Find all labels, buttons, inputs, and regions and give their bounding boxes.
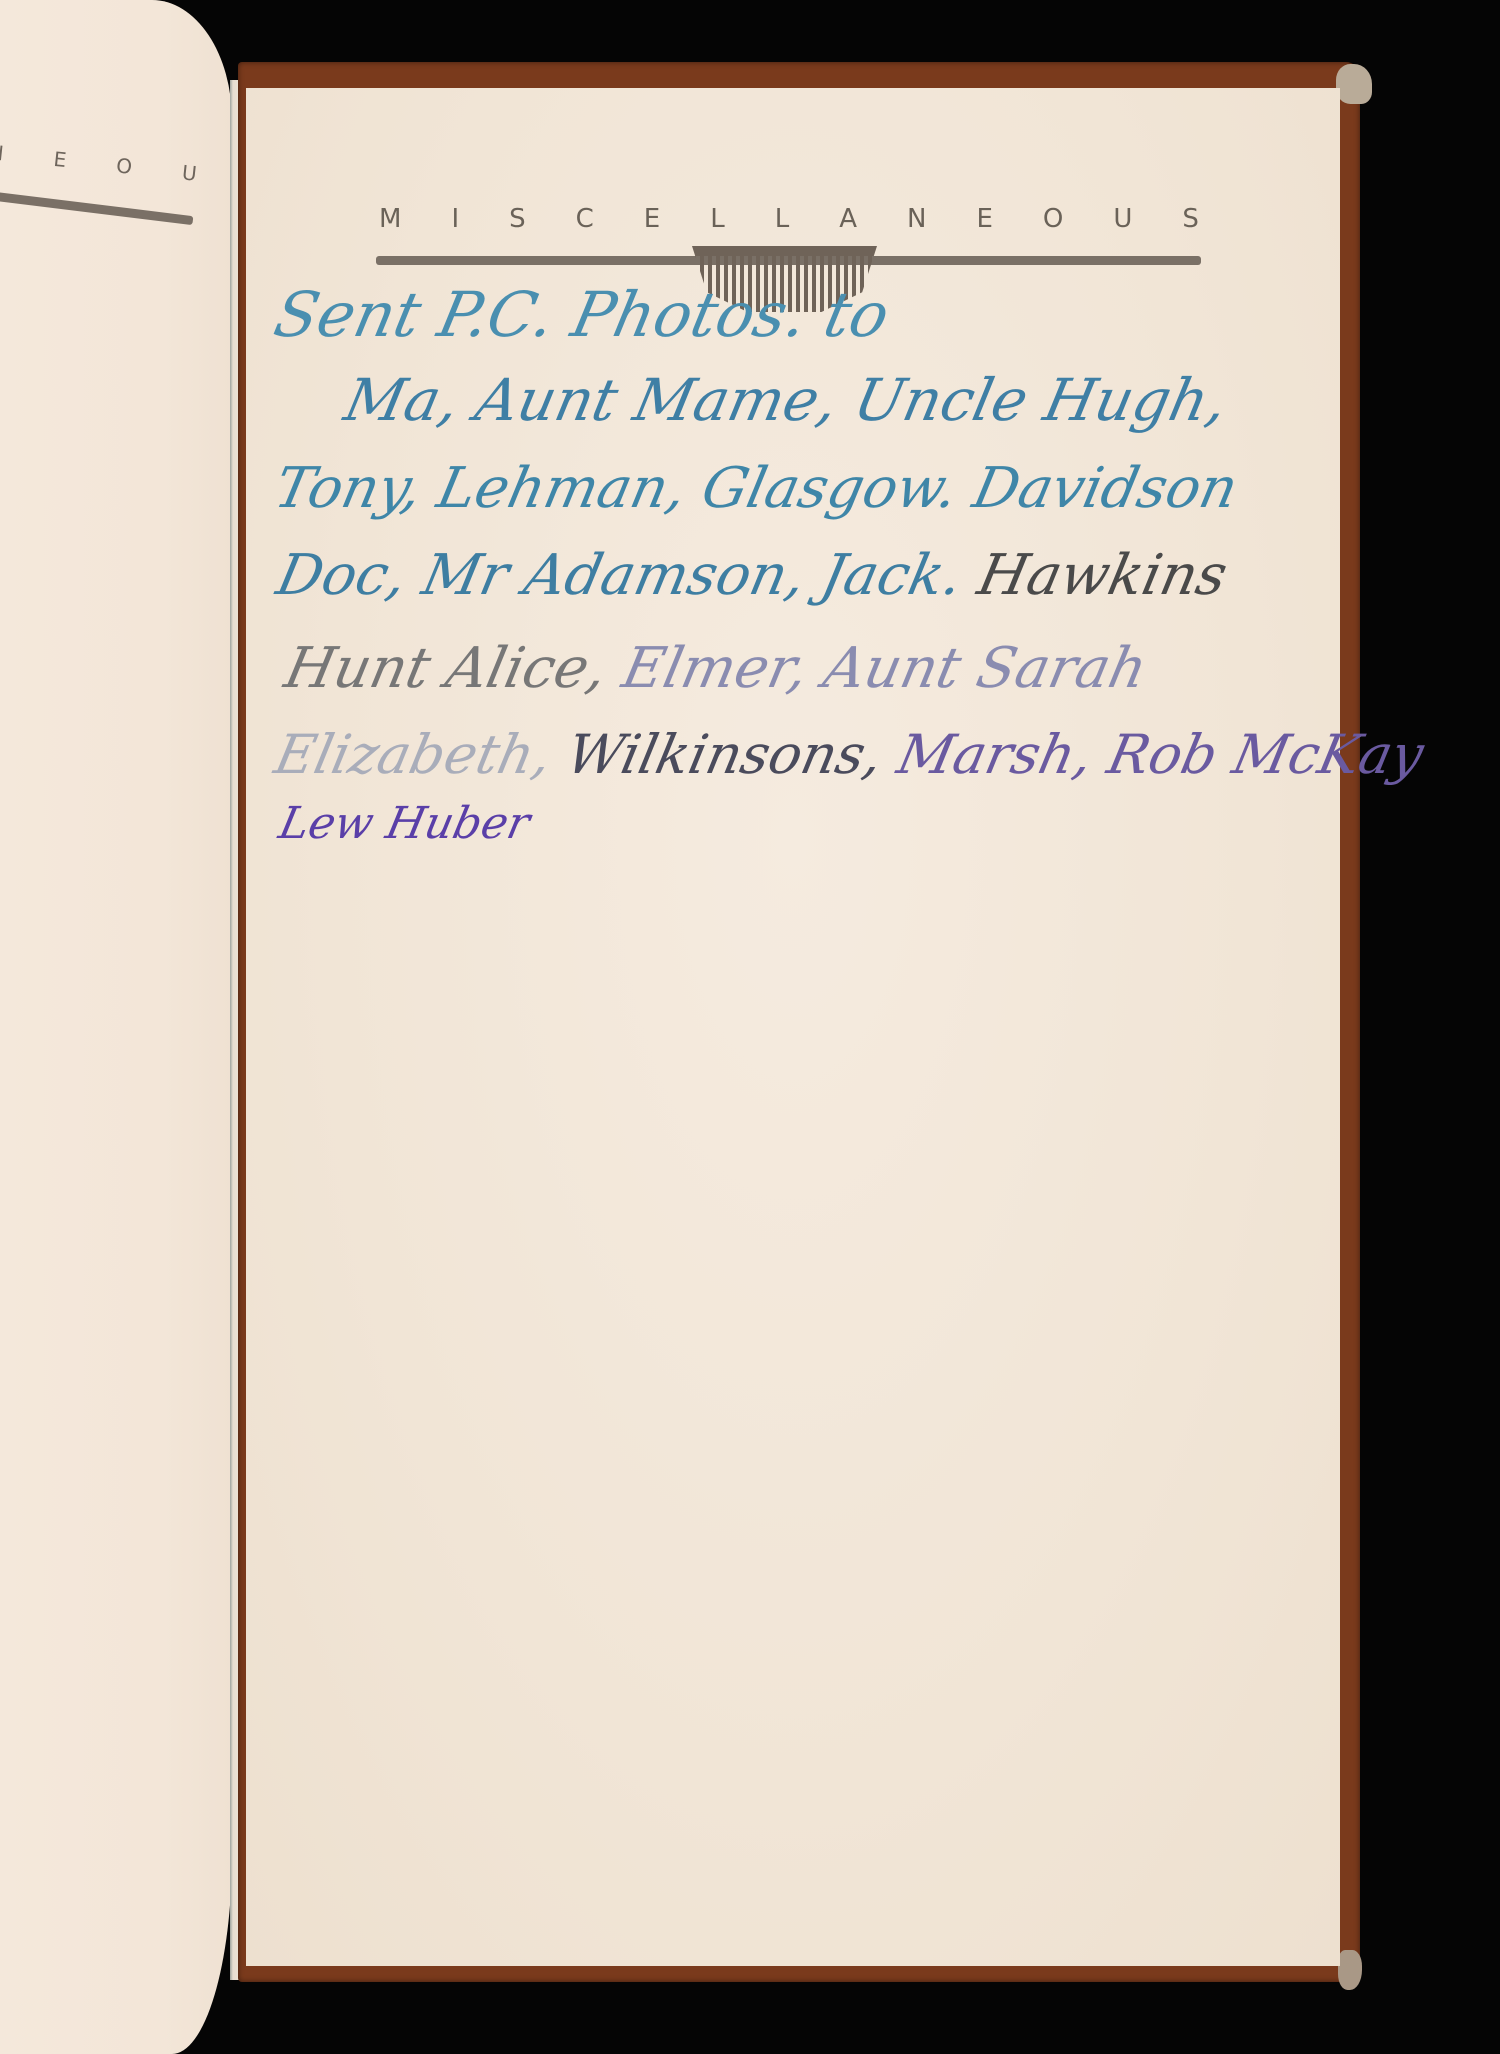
header-letter: L: [775, 204, 790, 234]
handwritten-line-2: Ma, Aunt Mame, Uncle Hugh,: [339, 366, 1234, 434]
handwritten-line-6: Elizabeth, Wilkinsons, Marsh, Rob McKay: [269, 723, 1429, 786]
page-header-title: M I S C E L L A N E O U S: [379, 204, 1199, 234]
ink-segment: Hawkins: [972, 543, 1233, 608]
worn-cover-corner-top: [1336, 64, 1372, 104]
header-letter: N: [907, 204, 926, 234]
header-letter: L: [710, 204, 725, 234]
ink-segment: Tony, Lehman, Glasgow. Davidson: [269, 456, 1243, 521]
header-letter: C: [576, 204, 594, 234]
right-page: M I S C E L L A N E O U S Sent P.C. Phot…: [246, 88, 1340, 1966]
handwritten-line-3: Tony, Lehman, Glasgow. Davidson: [269, 456, 1243, 521]
header-letter: A: [839, 204, 857, 234]
worn-cover-corner-bottom: [1338, 1950, 1362, 1990]
handwritten-line-1: Sent P.C. Photos. to: [268, 278, 895, 351]
header-letter: S: [509, 204, 526, 234]
ink-segment: Hunt Alice,: [279, 636, 630, 701]
ink-segment: Lew Huber: [275, 798, 535, 849]
ink-segment: Marsh, Rob McKay: [892, 723, 1429, 786]
handwritten-line-5: Hunt Alice, Elmer, Aunt Sarah: [279, 636, 1153, 701]
header-letter: E: [976, 204, 992, 234]
header-letter: U: [1113, 204, 1132, 234]
header-letter: O: [1043, 204, 1063, 234]
header-letter: I: [451, 204, 459, 234]
handwritten-line-7: Lew Huber: [275, 798, 535, 849]
ink-segment: Wilkinsons,: [561, 723, 905, 786]
ink-segment: Ma, Aunt Mame, Uncle Hugh,: [339, 366, 1234, 434]
ink-segment: Doc, Mr Adamson, Jack.: [271, 543, 986, 608]
ink-segment: Elmer, Aunt Sarah: [617, 636, 1153, 701]
header-letter: E: [644, 204, 660, 234]
handwritten-line-4: Doc, Mr Adamson, Jack. Hawkins: [271, 543, 1233, 608]
header-letter: M: [379, 204, 401, 234]
ink-segment: Elizabeth,: [269, 723, 574, 786]
header-letter: S: [1182, 204, 1199, 234]
left-page: N E O U S: [0, 0, 232, 2054]
ink-segment: Sent P.C. Photos. to: [268, 278, 895, 351]
